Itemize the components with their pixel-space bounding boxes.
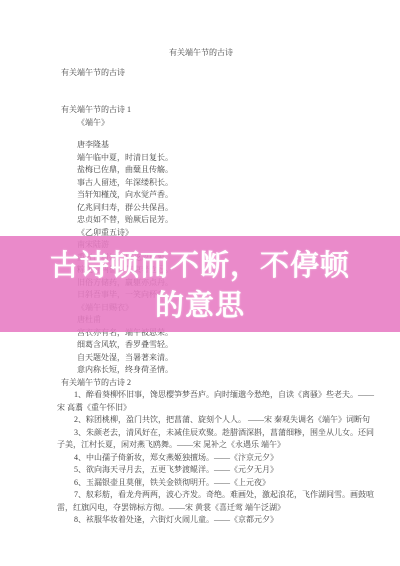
text-line: 3、朱颜老去，清风好在，未减佳辰欢聚。趁腊酒深斟，菖蒲细糁，围坐从儿女。还同 bbox=[57, 427, 345, 440]
text-line: 自天题处湿，当暑著来清。 bbox=[57, 352, 345, 365]
text-line: 当轩知槿茂，向水觉芦香。 bbox=[57, 189, 345, 202]
text-line: 忠贞如不替，贻厥后昆芳。 bbox=[57, 214, 345, 227]
text-line: 宋 高翥《重午怀旧》 bbox=[57, 402, 345, 415]
text-line: 有关端午节的古诗 bbox=[57, 47, 345, 60]
pink-overlay-banner: 古诗顿而不断，不停顿 的意思 bbox=[0, 236, 400, 332]
text-line: 8、袨服华妆着处逢，六街灯火闹儿童。——《京都元夕》 bbox=[57, 514, 345, 527]
text-line: 有关端午节的古诗 2 bbox=[57, 377, 345, 390]
spacer bbox=[57, 129, 345, 139]
text-line: 4、中山孺子倚新妆，郑女燕姬独擅场。——《汴京元夕》 bbox=[57, 452, 345, 465]
spacer bbox=[57, 79, 345, 104]
text-line: 1、醉看葵柳怀旧事，馋思樱笋梦吾庐。向时缅邈今愁绝，自读《离骚》些老夫。—— bbox=[57, 389, 345, 402]
text-line: 7、舣彩舫，看龙舟两两，波心齐发。奇绝。难画处，激起浪花，飞作湖间雪。画鼓喧 bbox=[57, 489, 345, 502]
text-line: 有关端午节的古诗 bbox=[57, 67, 345, 80]
text-line: 唐李隆基 bbox=[57, 139, 345, 152]
text-line: 雷，红旗闪电，夺罢锦标方彻。——宋 黄裳《喜迁莺 端午泛湖》 bbox=[57, 502, 345, 515]
text-line: 子美，江村长夏，闲对燕飞鸥舞。——宋 晁补之《永遇乐 端午》 bbox=[57, 439, 345, 452]
overlay-caption-line1: 古诗顿而不断，不停顿 bbox=[50, 244, 350, 286]
text-line: 意内称长短，终身荷圣情。 bbox=[57, 364, 345, 377]
text-line: 亿兆同归寿，群公共保昌。 bbox=[57, 202, 345, 215]
text-line: 端午临中夏，时清日复长。 bbox=[57, 152, 345, 165]
text-line: 事古人留迹，年深缕积长。 bbox=[57, 177, 345, 190]
text-line: 5、欲向海天寻月去，五更飞梦渡鲲洋。——《元夕无月》 bbox=[57, 464, 345, 477]
spacer bbox=[57, 60, 345, 67]
text-line: 细葛含风软，香罗叠雪轻。 bbox=[57, 339, 345, 352]
text-line: 盐梅已佐鼎，曲糵且传觞。 bbox=[57, 164, 345, 177]
text-line: 2、粽团桃柳，盈门共饮，把菖蒲、旋刻个人人。 ——宋 秦观失调名《端午》词断句 bbox=[57, 414, 345, 427]
overlay-caption-line2: 的意思 bbox=[155, 286, 245, 324]
text-line: 《端午》 bbox=[57, 117, 345, 130]
text-line: 6、玉漏银壶且莫催，铁关金锁彻明开。——《上元夜》 bbox=[57, 477, 345, 490]
text-line: 有关端午节的古诗 1 bbox=[57, 104, 345, 117]
